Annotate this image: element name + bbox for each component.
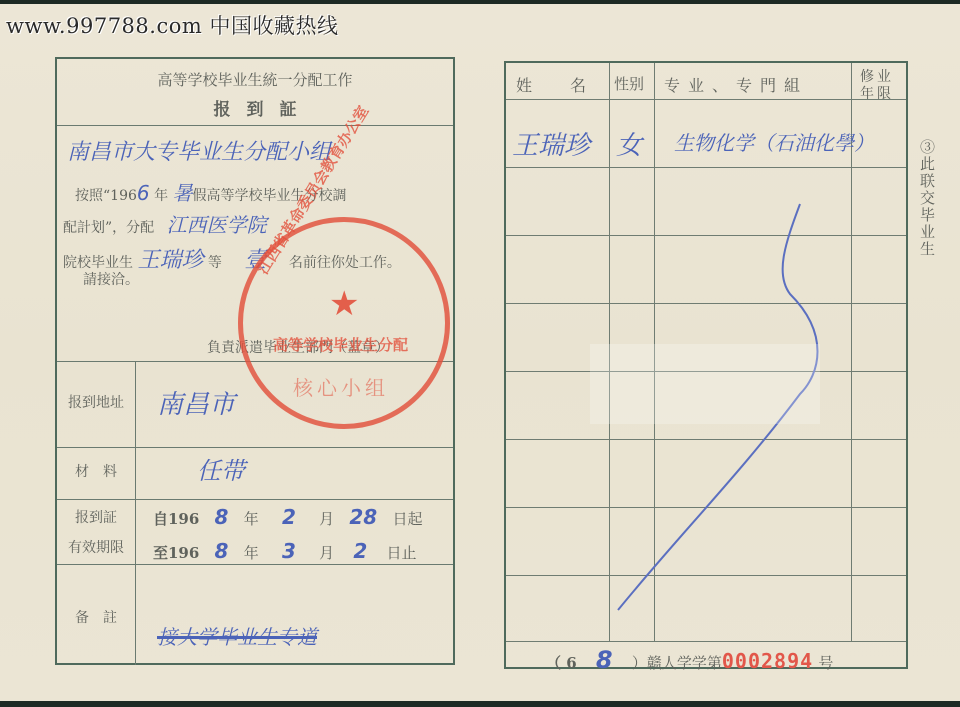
divider — [506, 303, 906, 304]
from-year: 8 — [215, 505, 229, 529]
season-hand: 暑 — [173, 181, 193, 205]
to-year: 8 — [215, 539, 229, 563]
header-years-2: 年限 — [860, 83, 894, 103]
row-1-gender: 女 — [616, 125, 642, 162]
to-month: 3 — [282, 539, 296, 563]
divider — [506, 371, 906, 372]
header-gender: 性别 — [614, 73, 644, 94]
validity-label-1: 报到証 — [57, 507, 135, 527]
footer-year-hand: 8 — [596, 646, 613, 674]
divider — [57, 447, 453, 448]
divider — [57, 564, 453, 565]
graduate-register: 姓 名 性别 专业、专門組 修业 年限 王瑞珍 女 生物化学（石油化學） （ 6… — [504, 61, 908, 669]
divider — [609, 63, 610, 641]
row-1-major: 生物化学（石油化學） — [674, 127, 874, 156]
watermark-site: www.997788.com — [6, 14, 202, 38]
graduate-name-hand: 王瑞珍 — [137, 248, 203, 273]
remarks-label: 备 註 — [57, 607, 135, 627]
document-paper: www.997788.com 中国收藏热线 高等学校毕业生統一分配工作 报到証 … — [0, 4, 960, 701]
serial-number: 0002894 — [722, 649, 813, 673]
divider — [57, 125, 453, 126]
star-icon: ★ — [329, 284, 359, 324]
divider — [506, 167, 906, 168]
to-day: 2 — [353, 539, 367, 563]
addressee-handwritten: 南昌市大专毕业生分配小组 — [67, 135, 331, 166]
watermark: www.997788.com 中国收藏热线 — [6, 10, 338, 40]
report-address-label: 报到地址 — [57, 392, 135, 412]
year-digit-hand: 6 — [137, 181, 150, 205]
header-major: 专业、专門組 — [664, 73, 808, 96]
divider — [506, 641, 906, 642]
row-1-name: 王瑞珍 — [512, 125, 590, 162]
from-month: 2 — [282, 505, 296, 529]
materials-value: 任带 — [197, 451, 245, 486]
valid-to-row: 至196 8 年 3 月 2 日止 — [153, 539, 417, 563]
valid-from-row: 自196 8 年 2 月 28 日起 — [153, 505, 422, 529]
body-line-4: 請接洽。 — [83, 269, 139, 289]
divider — [57, 499, 453, 500]
watermark-name: 中国收藏热线 — [209, 14, 338, 38]
materials-label: 材 料 — [57, 461, 135, 481]
from-day: 28 — [349, 505, 377, 529]
assigned-school-hand: 江西医学院 — [167, 213, 267, 237]
header-name: 姓 名 — [516, 73, 588, 96]
seal-bottom-text: 核心小组 — [293, 372, 389, 401]
divider — [506, 507, 906, 508]
divider — [506, 439, 906, 440]
divider — [506, 575, 906, 576]
official-seal: 江西省革命委员会教育办公室 ★ 高等学校毕业生分配 核心小组 — [238, 217, 450, 429]
report-address-value: 南昌市 — [157, 384, 235, 421]
divider — [506, 99, 906, 100]
certificate-title: 高等学校毕业生統一分配工作 — [57, 69, 453, 90]
divider — [135, 361, 136, 665]
seal-middle-text: 高等学校毕业生分配 — [273, 334, 408, 355]
validity-label-2: 有效期限 — [57, 537, 135, 557]
body-line-2: 配計划”，分配 江西医学院 — [63, 209, 267, 238]
certificate-subtitle: 报到証 — [57, 95, 453, 120]
divider — [506, 235, 906, 236]
register-footer: （ 6 8 ）赣人学学第0002894 号 — [546, 646, 833, 674]
remarks-value-struck: 接大学毕业生专道 — [157, 621, 317, 650]
copy-note: ③此联交毕业生 — [918, 139, 938, 258]
divider — [654, 63, 655, 641]
